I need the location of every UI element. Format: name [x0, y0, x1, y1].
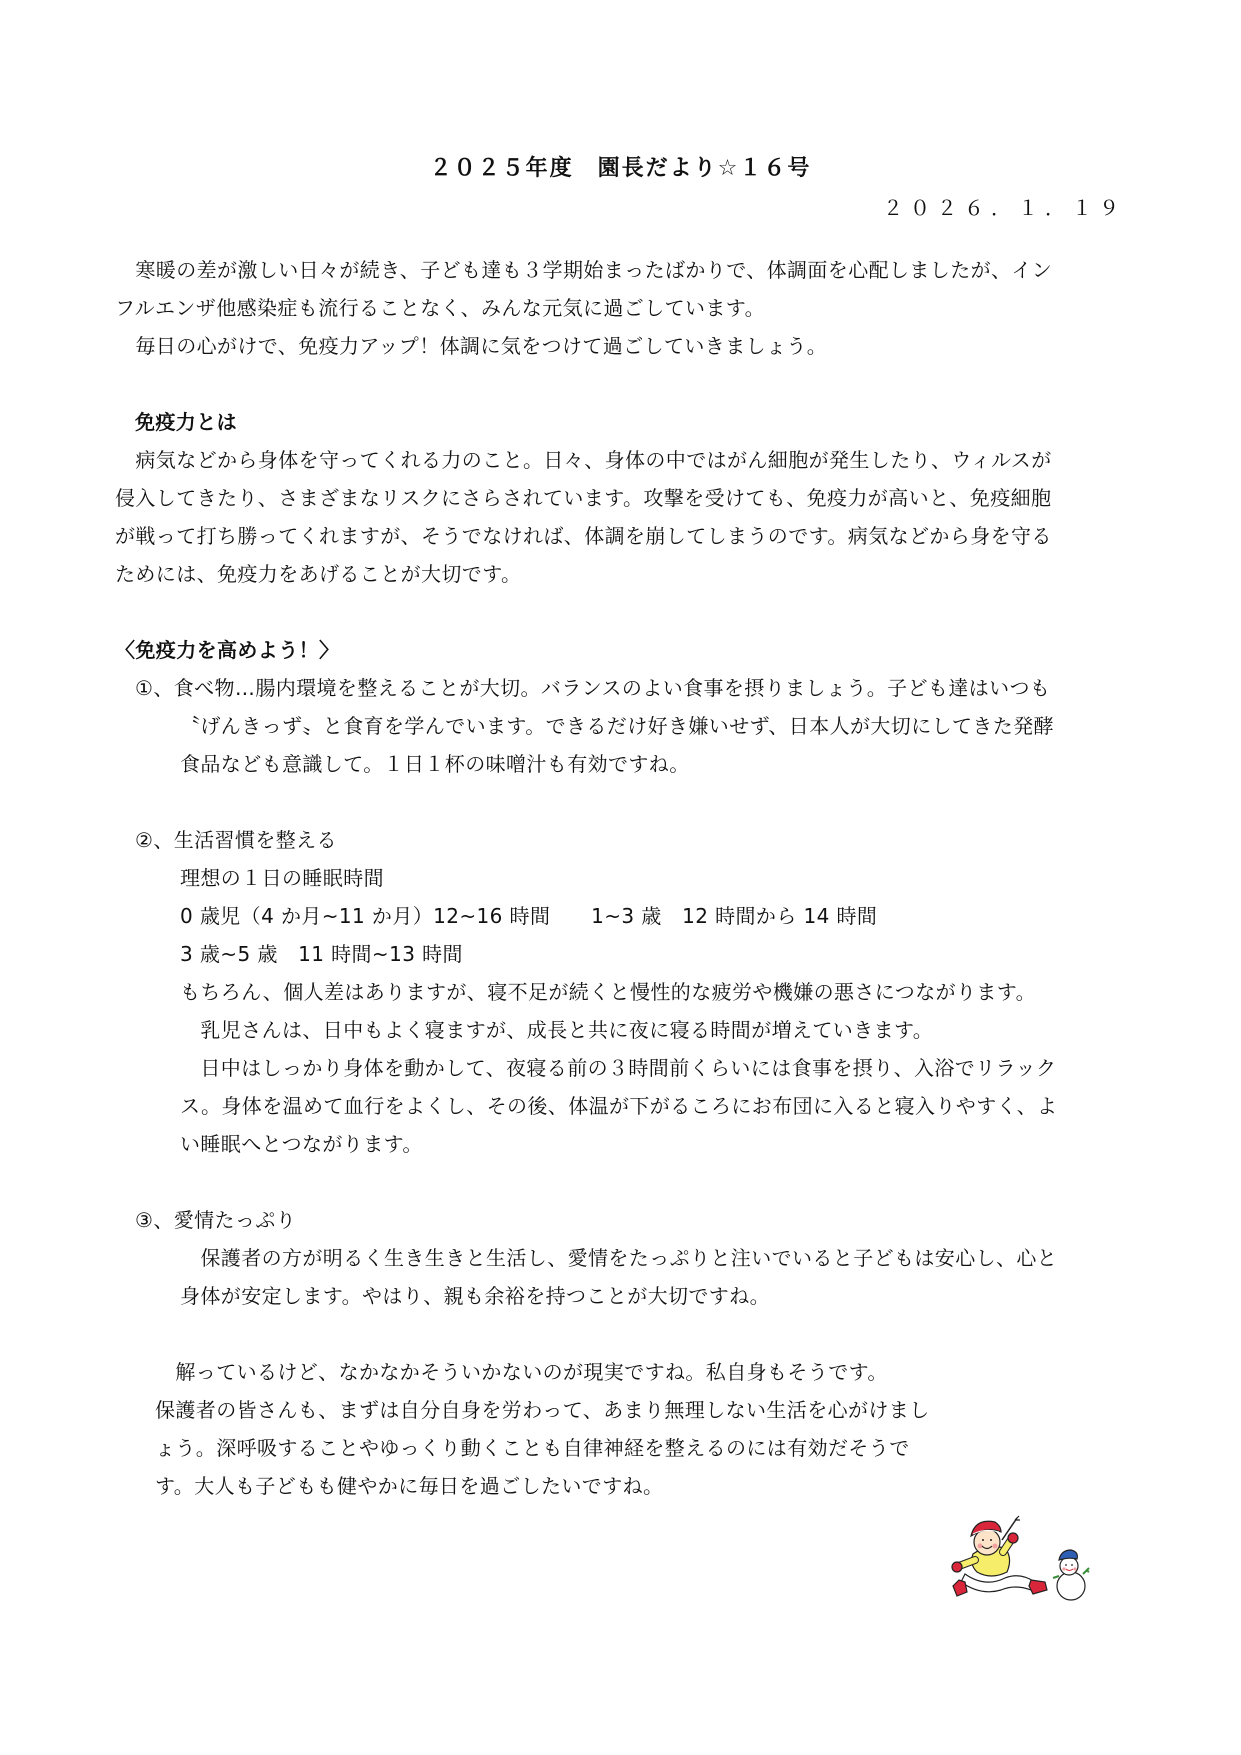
section-heading-boost: 〈免疫力を高めよう！〉	[115, 636, 339, 664]
immunity-line: ためには、免疫力をあげることが大切です。	[115, 560, 521, 588]
item1-line: ①、食べ物…腸内環境を整えることが大切。バランスのよい食事を摂りましょう。子ども…	[135, 674, 1050, 702]
immunity-line: 侵入してきたり、さまざまなリスクにさらされています。攻撃を受けても、免疫力が高い…	[115, 484, 1051, 512]
item3-line: 保護者の方が明るく生き生きと生活し、愛情をたっぷりと注いでいると子どもは安心し、…	[180, 1244, 1057, 1272]
newsletter-page: ２０２５年度 園長だより☆１６号 ２０２６．１．１９ 寒暖の差が激しい日々が続き…	[0, 0, 1241, 1755]
section-heading-immunity: 免疫力とは	[135, 408, 237, 436]
document-title: ２０２５年度 園長だより☆１６号	[0, 154, 1241, 184]
item2-line: 日中はしっかり身体を動かして、夜寝る前の３時間前くらいには食事を摂り、入浴でリラ…	[180, 1054, 1056, 1082]
item1-line: 食品なども意識して。１日１杯の味噌汁も有効ですね。	[180, 750, 690, 778]
item2-line: もちろん、個人差はありますが、寝不足が続くと慢性的な疲労や機嫌の悪さにつながりま…	[180, 978, 1036, 1006]
document-date: ２０２６．１．１９	[883, 194, 1126, 222]
item3-heading: ③、愛情たっぷり	[135, 1206, 296, 1234]
item3-line: 身体が安定します。やはり、親も余裕を持つことが大切ですね。	[180, 1282, 770, 1310]
immunity-line: が戦って打ち勝ってくれますが、そうでなければ、体調を崩してしまうのです。病気など…	[115, 522, 1052, 550]
item2-line: ス。身体を温めて血行をよくし、その後、体温が下がるころにお布団に入ると寝入りやす…	[180, 1092, 1057, 1120]
item1-line: 〝げんきっず〟と食育を学んでいます。できるだけ好き嫌いせず、日本人が大切にしてき…	[180, 712, 1054, 740]
intro-line: フルエンザ他感染症も流行ることなく、みんな元気に過ごしています。	[115, 294, 765, 322]
closing-line: 保護者の皆さんも、まずは自分自身を労わって、あまり無理しない生活を心がけまし	[155, 1396, 930, 1424]
sleep-hours-line: 0 歳児（4 か月~11 か月）12~16 時間 1~3 歳 12 時間から 1…	[180, 902, 877, 930]
closing-line: 解っているけど、なかなかそういかないのが現実ですね。私自身もそうです。	[155, 1358, 888, 1386]
intro-line: 寒暖の差が激しい日々が続き、子ども達も３学期始まったばかりで、体調面を心配しまし…	[115, 256, 1052, 284]
item2-line: 乳児さんは、日中もよく寝ますが、成長と共に夜に寝る時間が増えていきます。	[180, 1016, 933, 1044]
child-snowman-illustration	[935, 1508, 1095, 1604]
item2-line: い睡眠へとつながります。	[180, 1130, 423, 1158]
item2-heading: ②、生活習慣を整える	[135, 826, 337, 854]
sleep-hours-line: 3 歳~5 歳 11 時間~13 時間	[180, 940, 463, 968]
intro-line: 毎日の心がけで、免疫力アップ！体調に気をつけて過ごしていきましょう。	[115, 332, 827, 360]
closing-line: ょう。深呼吸することやゆっくり動くことも自律神経を整えるのには有効だそうで	[155, 1434, 910, 1462]
sleep-title: 理想の１日の睡眠時間	[180, 864, 384, 892]
closing-line: す。大人も子どもも健やかに毎日を過ごしたいですね。	[155, 1472, 663, 1500]
immunity-line: 病気などから身体を守ってくれる力のこと。日々、身体の中ではがん細胞が発生したり、…	[115, 446, 1052, 474]
